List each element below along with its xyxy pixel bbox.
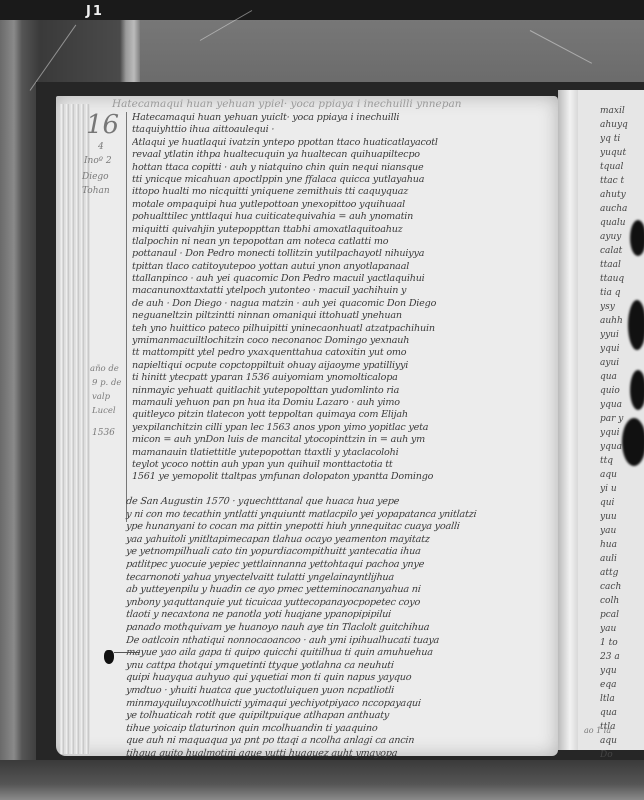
manuscript-line: eqa (600, 678, 644, 692)
ink-blot (630, 370, 644, 410)
manuscript-line: tihue yoicaip tlaturinon quin mcolhuandi… (125, 723, 550, 736)
manuscript-line: ayui (600, 356, 644, 370)
page-header-line: Hatecamaqui huan yehuan ypiel· yoca ppia… (112, 98, 462, 110)
manuscript-line: 23 a (600, 650, 644, 664)
manuscript-line: ttaal (600, 258, 644, 272)
manuscript-line: 1 to (600, 636, 644, 650)
manuscript-line: mamauli yehuon pan pn hua ita Domiu Laza… (132, 397, 548, 409)
manuscript-line: patlitpec yuocuie yepiec yettlainnanna y… (125, 559, 550, 572)
margin-note-year: 1536 (92, 428, 115, 438)
manuscript-line: aqu (600, 734, 644, 748)
margin-rule (126, 112, 127, 522)
manuscript-line: yau (600, 524, 644, 538)
manuscript-line: ittopo hualti mo nicquitti yniquene zemi… (132, 186, 548, 198)
page-edges (60, 104, 90, 754)
manuscript-line: colh (600, 594, 644, 608)
margin-note: Diego (82, 172, 109, 182)
manuscript-line: ye yetnompilhuali cato tin yopurdiacompi… (125, 546, 550, 559)
margin-note: 9 p. de (92, 378, 121, 388)
manuscript-line: ymimanmacuiltlochitzin coco neconanoc Do… (132, 335, 548, 347)
ink-blot (622, 418, 644, 466)
manuscript-line: tlalpochin ni nean yn tepopottan am note… (132, 236, 548, 248)
manuscript-line: yi u (600, 482, 644, 496)
manicule-line (114, 652, 140, 653)
manuscript-line: ahuty (600, 188, 644, 202)
manuscript-line: ymdtuo · yhuiti huatca que yuctotluiquen… (125, 685, 550, 698)
manuscript-line: pcal (600, 608, 644, 622)
facing-page-corner-note: ao 1 la (584, 726, 611, 735)
margin-note: valp (92, 392, 110, 402)
manuscript-line: micon = auh ynDon luis de mancital ytoco… (132, 434, 548, 446)
folio-number: 16 (86, 110, 119, 140)
manuscript-line: y ni con mo tecathin yntlatti ynquiuntt … (125, 509, 550, 522)
manuscript-line: attg (600, 566, 644, 580)
manuscript-line: neguaneltzin piltzintti ninnan omaniqui … (132, 310, 548, 322)
manuscript-line: ninmayic yehuatt quitlachit yutepopoltta… (132, 385, 548, 397)
manuscript-line: tecarnonoti yahua ynyectelvaitt tulatti … (125, 572, 550, 585)
manuscript-line: revaal ytlatin ithpa hualtecuquin ya hua… (132, 149, 548, 161)
manuscript-line: hottan ttaca copitti · auh y niatquino c… (132, 162, 548, 174)
manuscript-line: tlaoti y necaxtona ne panotla yoti huaja… (125, 609, 550, 622)
manuscript-line: ti hinitt ytecpatt yparan 1536 auiyomiam… (132, 372, 548, 384)
manuscript-line: aucha (600, 202, 644, 216)
margin-note: Lucel (92, 406, 116, 416)
manuscript-line: cach (600, 580, 644, 594)
manuscript-line: teh yno huittico pateco pilhuipitti ynin… (132, 323, 548, 335)
manuscript-line: qui (600, 496, 644, 510)
manuscript-line: pohualttilec ynttlaqui hua cuiticatequiv… (132, 211, 548, 223)
manuscript-line: tti ynicque micahuan apoctlppin yne ffal… (132, 174, 548, 186)
manuscript-line: maxil (600, 104, 644, 118)
manuscript-line: napieltiqui ocpute copctoppiltuit ohuay … (132, 360, 548, 372)
manuscript-line: tia q (600, 286, 644, 300)
manuscript-text-lower: de San Augustin 1570 · yquechtttanal que… (126, 496, 550, 773)
manuscript-line: miquitti quivahjin yutepoppttan ttabhi a… (132, 224, 548, 236)
margin-note: Inoº 2 (84, 156, 112, 166)
manuscript-line: hua (600, 538, 644, 552)
manuscript-line: ttac t (600, 174, 644, 188)
plate-label: J1 (86, 4, 104, 19)
manuscript-line: ltla (600, 692, 644, 706)
manuscript-line: tt mattompitt ytel pedro yxaxquenttahua … (132, 347, 548, 359)
manuscript-line: yau (600, 622, 644, 636)
manuscript-line: yuu (600, 510, 644, 524)
manuscript-line: que auh ni maquaqua ya pnt po ttaqi a nc… (125, 735, 550, 748)
ink-blot (630, 220, 644, 256)
manuscript-line: ttaquiyhttio ihua aittoaulequi · (132, 124, 548, 136)
manuscript-line: auli (600, 552, 644, 566)
manuscript-line: yaa yahuitoli ynitltapimecapan tlahua oc… (125, 534, 550, 547)
manuscript-line: ab yutteyenpilu y huadin ce ayo pmec yet… (125, 584, 550, 597)
manuscript-line: de auh · Don Diego · nagua matzin · auh … (132, 298, 548, 310)
margin-note: Tohan (82, 186, 110, 196)
manuscript-line: mamanauin tlatiettitle yutepopottan ttax… (132, 447, 548, 459)
manuscript-line: macanunoxttaxtatti ytelpoch yutonteo · m… (132, 285, 548, 297)
manuscript-line: 1561 ye yemopolit ttaltpas ymfunan dolop… (132, 471, 548, 483)
margin-note: año de (90, 364, 119, 374)
ink-blot (628, 300, 644, 350)
manuscript-text-upper: Hatecamaqui huan yehuan yuiclt· yoca ppi… (132, 112, 548, 484)
book-gutter (558, 90, 578, 750)
manuscript-line: quitleyco pitzin tlatecon yott teppoltan… (132, 409, 548, 421)
manuscript-line: tqual (600, 160, 644, 174)
manuscript-line: ttauq (600, 272, 644, 286)
manuscript-line: ynu cattpa thotqui ymquetinti ttyque yot… (125, 660, 550, 673)
manuscript-line: teylot ycoco nottin auh ypan yun quihuil… (132, 459, 548, 471)
manuscript-line: quipi huayqua auhyuo qui yquetiai mon ti… (125, 672, 550, 685)
photo-top-edge: J1 (0, 0, 644, 20)
manuscript-line: motale ompaquipi hua yutlepottoan ynexop… (132, 199, 548, 211)
manuscript-line: ye tolhuaticah rotit que quipiltpuique a… (125, 710, 550, 723)
margin-note: 4 (98, 142, 104, 152)
manuscript-line: ahuyq (600, 118, 644, 132)
manuscript-line: panado mothquivam ye huanoyo nauh aye ti… (125, 622, 550, 635)
manuscript-line: yq ti (600, 132, 644, 146)
manuscript-line: ttallanpinco · auh yei quacomic Don Pedr… (132, 273, 548, 285)
manuscript-line: de San Augustin 1570 · yquechtttanal que… (125, 496, 550, 509)
manuscript-line: pottanaul · Don Pedro monecti tollitzin … (132, 248, 548, 260)
manuscript-line: Hatecamaqui huan yehuan yuiclt· yoca ppi… (132, 112, 548, 124)
manuscript-line: Atlaqui ye huatlaqui ivatzin yntepo ppot… (132, 137, 548, 149)
manuscript-line: minmayquiluyxcotlhuicti yyimaqui yechiyo… (125, 698, 550, 711)
manicule-mark (104, 650, 114, 664)
manuscript-line: aqu (600, 468, 644, 482)
manuscript-line: ype hunanyani to cocan ma pittin ynepott… (125, 521, 550, 534)
photo-bottom-surface (0, 760, 644, 800)
manuscript-line: tpittan tlaco catitoyutepoo yottan autui… (132, 261, 548, 273)
manuscript-line: yuqut (600, 146, 644, 160)
manuscript-line: ynbony yaquttanquie yut ticuicaa yutteco… (125, 597, 550, 610)
manuscript-line: yexpilanchitzin cilli ypan lec 1563 anos… (132, 422, 548, 434)
manuscript-line: De oatlcoin nthatiqui nonnocaoancoo · au… (125, 635, 550, 648)
manuscript-line: yqu (600, 664, 644, 678)
manuscript-line: qua (600, 706, 644, 720)
manuscript-line: mayue yao aila gapa ti quipo quicchi qui… (125, 647, 550, 660)
manuscript-line: tihqua quito hualmotini aque yutti huaqu… (125, 748, 550, 761)
